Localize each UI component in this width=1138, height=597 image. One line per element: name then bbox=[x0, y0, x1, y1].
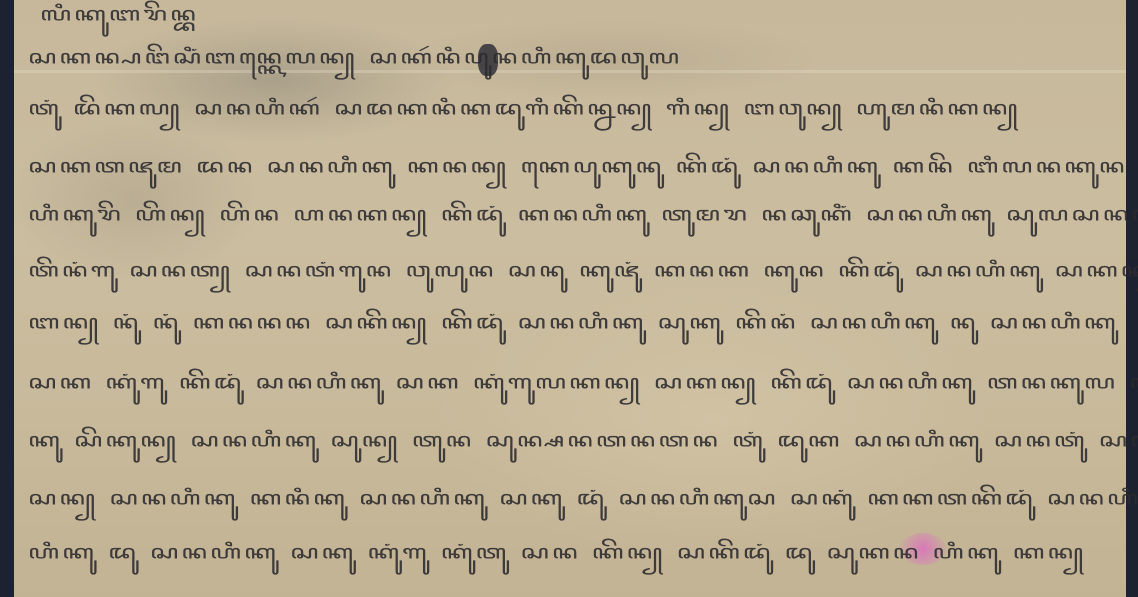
script-line: ꦲꦶꦏꦸ ꦢꦸ ꦱꦤꦲꦶꦏꦸ ꦱꦏꦸ ꦏꦸꦁꦒꦸ ꦏꦸꦁꦠꦸ ꦱꦤ ꦏꦼꦤ꧀ ꦱ… bbox=[28, 537, 1086, 577]
script-line: ꦏꦸ ꦱꦼꦏꦸꦤ꧀ ꦱꦤꦲꦶꦏꦸ ꦱꦸꦤ꧀ ꦠꦸꦤ ꦱꦸꦤ꧀ꦱꦤꦠꦤꦠꦤ ꦠꦸꦁ… bbox=[28, 425, 1138, 465]
script-line: ꦱꦏ ꦏꦸꦁꦒꦸ ꦏꦼꦢꦸꦁ ꦱꦤꦲꦶꦏꦸ ꦱꦏ ꦏꦸꦁꦒꦸꦭꦏꦤ꧀ ꦱꦏꦤ꧀ … bbox=[28, 367, 1138, 407]
script-line: ꦲꦶꦏꦸꦫꦼ ꦲꦼꦤ꧀ ꦲꦼꦤ ꦲꦤꦏꦤ꧀ ꦏꦼꦢꦸꦁ ꦏꦤꦲꦶꦏꦸ ꦠꦸꦩꦫ … bbox=[28, 199, 1138, 239]
script-line: ꦱꦤ꧀ ꦱꦤꦲꦶꦏꦸ ꦏꦤꦶꦏꦸ ꦱꦤꦲꦶꦏꦸ ꦱꦏꦸ ꦢꦸꦁ ꦱꦤꦲꦶꦏꦸꦱ … bbox=[28, 483, 1138, 523]
script-line: ꦠꦼꦤꦁꦒꦸ ꦱꦤꦠ꧀ ꦱꦤꦠꦁꦒꦸꦤ ꦮꦸꦭꦸꦤ ꦱꦤꦸ ꦏꦸꦗꦸꦁ ꦏꦤꦏ … bbox=[28, 255, 1138, 295]
script-line: ꦱꦏꦠꦗꦸꦩ ꦢꦤ ꦱꦤꦲꦶꦏꦸ ꦏꦤꦤ꧀ ꦏꦺꦥꦸꦏꦸꦤꦸ ꦏꦼꦢꦸꦁ ꦱꦤꦲ… bbox=[28, 151, 1138, 191]
script-line: ꦭꦶꦏꦸꦧꦫꦼꦤ꧀ꦧ bbox=[40, 0, 199, 38]
script-line: ꦠꦸꦁ ꦢꦼꦏꦭ꧀ ꦱꦤꦲꦶꦏꦂ ꦱꦢꦏꦤꦶꦏꦢꦸꦒꦶꦏꦼꦤ꧀ꦤꦤ꧀ ꦒꦶꦤ꧀ … bbox=[28, 93, 1021, 133]
script-line: ꦱꦏꦤ꧀ꦥꦔꦼꦱꦶꦁꦧꦤ꧀ꦏꦺꦭꦤ꧀ ꦱꦏꦂꦤꦶꦥꦸꦤꦲꦶꦏꦸꦢꦮꦸꦭ bbox=[28, 42, 682, 82]
script-line: ꦧꦤ꧀ ꦤꦸꦁ ꦤꦸꦁ ꦏꦤꦤꦤ ꦱꦏꦼꦤ꧀ ꦏꦼꦢꦸꦁ ꦱꦤꦲꦶꦏꦸ ꦱꦸꦏꦸ… bbox=[28, 307, 1118, 347]
